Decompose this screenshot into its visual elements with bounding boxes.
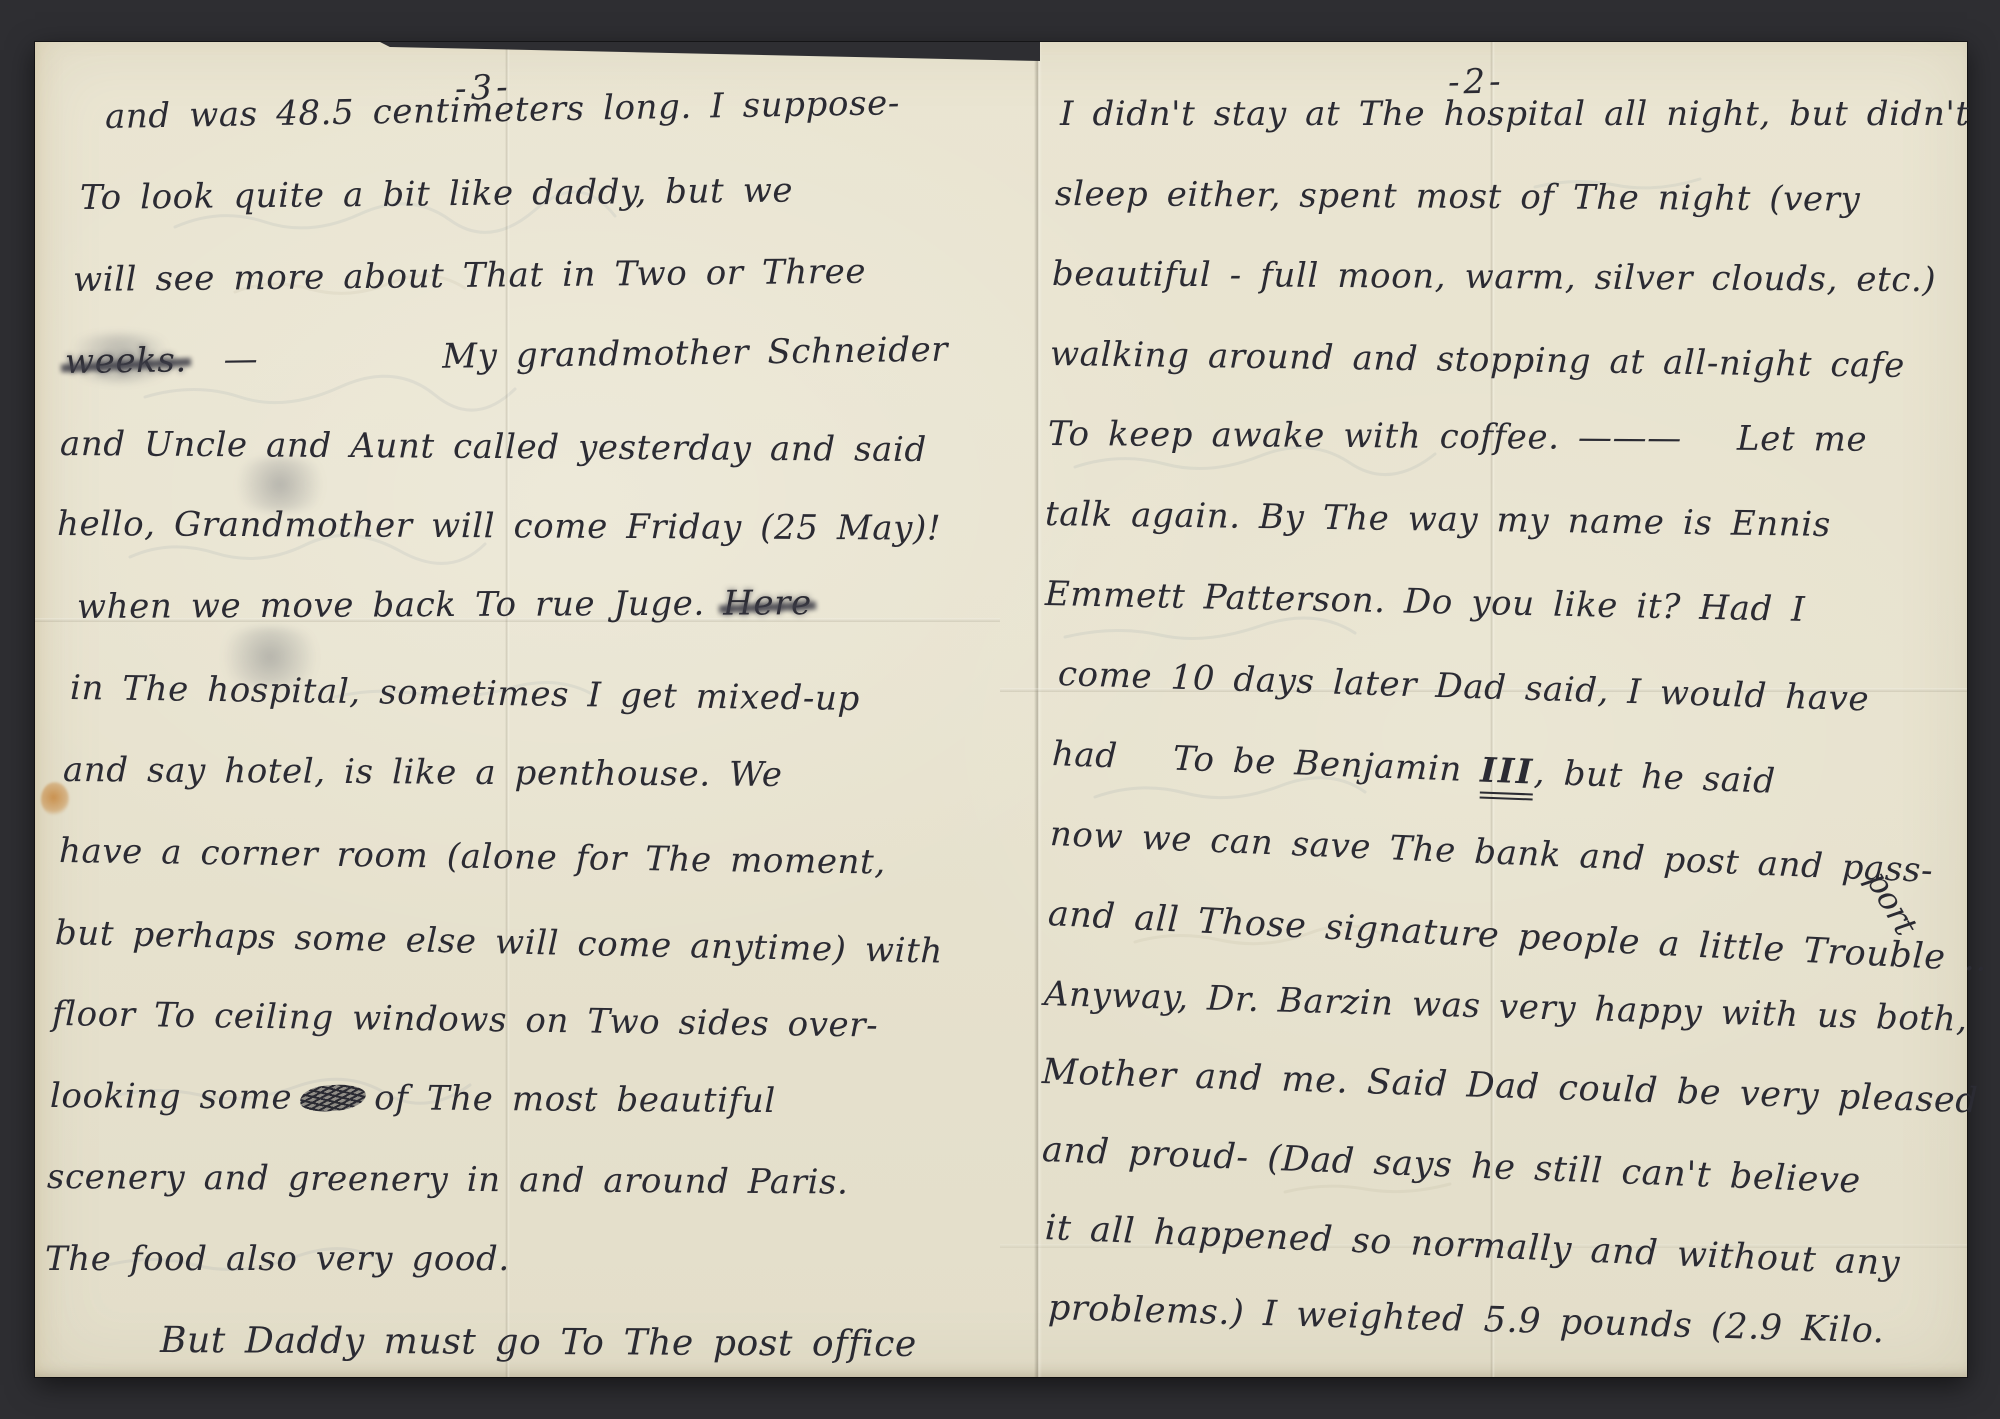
handwritten-line: walking around and stopping at all-night…	[1050, 334, 1905, 386]
handwritten-text: have a corner room (alone for The moment…	[59, 831, 886, 883]
handwritten-text: and say hotel, is like a penthouse. We	[63, 750, 783, 795]
handwritten-line: and proud- (Dad says he still can't beli…	[1041, 1130, 1861, 1201]
handwritten-line: and say hotel, is like a penthouse. We	[63, 750, 783, 795]
handwritten-line: and all Those signature people a little …	[1047, 894, 1989, 980]
handwritten-text: will see more about That in Two or Three	[73, 252, 867, 300]
handwritten-text: and proud- (Dad says he still can't beli…	[1041, 1130, 1861, 1201]
handwritten-line: beautiful - full moon, warm, silver clou…	[1052, 254, 1937, 300]
handwritten-line: I didn't stay at The hospital all night,…	[1060, 94, 1970, 134]
struck-out-word: weeks.	[65, 340, 187, 382]
handwritten-text: Anyway, Dr. Barzin was very happy with u…	[1043, 974, 1968, 1040]
handwritten-text: it all happened so normally and without …	[1044, 1208, 1901, 1284]
handwritten-text: , but he said	[1533, 753, 1776, 802]
handwritten-text: of The most beautiful	[374, 1078, 776, 1121]
handwritten-text: walking around and stopping at all-night…	[1050, 334, 1905, 386]
handwritten-text: beautiful - full moon, warm, silver clou…	[1052, 254, 1937, 300]
handwritten-text: had To be Benjamin	[1051, 734, 1481, 790]
handwritten-text: now we can save The bank and post and pa…	[1049, 814, 1934, 891]
handwritten-text: and Uncle and Aunt called yesterday and …	[60, 424, 927, 470]
handwritten-line: looking someof The most beautiful	[50, 1076, 776, 1121]
handwritten-line: Mother and me. Said Dad could be very pl…	[1041, 1052, 1979, 1121]
handwritten-text: come 10 days later Dad said, I would hav…	[1057, 654, 1869, 719]
handwritten-line: The food also very good.	[45, 1239, 510, 1279]
letter-page-2: -2- port I didn't stay at The hospital a…	[1000, 42, 1967, 1377]
handwritten-line: To look quite a bit like daddy, but we	[80, 171, 794, 218]
handwritten-text: in The hospital, sometimes I get mixed-u…	[70, 668, 860, 719]
handwritten-text: scenery and greenery in and around Paris…	[47, 1157, 849, 1203]
handwritten-line: sleep either, spent most of The night (v…	[1055, 174, 1861, 220]
handwritten-line: have a corner room (alone for The moment…	[59, 831, 886, 883]
letter-page-3: -3- and was 48.5 centimeters long. I sup…	[35, 42, 1000, 1377]
handwritten-text: and was 48.5 centimeters long. I suppose…	[105, 83, 901, 137]
handwritten-line: when we move back To rue Juge. Here	[77, 583, 812, 627]
handwritten-line: hello, Grandmother will come Friday (25 …	[57, 504, 941, 549]
handwritten-text: and all Those signature people a little …	[1047, 894, 1989, 980]
handwritten-line: will see more about That in Two or Three	[73, 252, 867, 300]
handwritten-line: and Uncle and Aunt called yesterday and …	[60, 424, 927, 470]
handwritten-text: but perhaps some else will come anytime)…	[55, 913, 944, 972]
handwritten-line: problems.) I weighted 5.9 pounds (2.9 Ki…	[1047, 1288, 1885, 1351]
handwritten-line: To keep awake with coffee. ——— Let me	[1048, 414, 1867, 460]
handwritten-text: problems.) I weighted 5.9 pounds (2.9 Ki…	[1047, 1288, 1885, 1351]
handwritten-text: Emmett Patterson. Do you like it? Had I	[1045, 574, 1806, 630]
handwritten-line: weeks. — My grandmother Schneider	[65, 330, 949, 382]
handwritten-line: talk again. By The way my name is Ennis	[1045, 494, 1831, 545]
scribbled-out-word	[299, 1082, 367, 1113]
handwritten-text: talk again. By The way my name is Ennis	[1045, 494, 1831, 545]
handwritten-line: Anyway, Dr. Barzin was very happy with u…	[1043, 974, 1968, 1040]
handwritten-text: The food also very good.	[45, 1239, 510, 1279]
handwritten-text: looking some	[50, 1076, 293, 1118]
handwritten-text: when we move back To rue Juge.	[77, 584, 723, 627]
handwritten-text: To keep awake with coffee. ——— Let me	[1048, 414, 1867, 460]
struck-out-word: Here	[723, 583, 812, 623]
handwritten-line: in The hospital, sometimes I get mixed-u…	[70, 668, 860, 719]
handwritten-text: hello, Grandmother will come Friday (25 …	[57, 504, 941, 549]
handwritten-line: scenery and greenery in and around Paris…	[47, 1157, 849, 1203]
handwritten-line: floor To ceiling windows on Two sides ov…	[52, 994, 879, 1046]
handwritten-text: — My grandmother Schneider	[187, 330, 949, 381]
letter-scan: -3- and was 48.5 centimeters long. I sup…	[0, 0, 2000, 1419]
handwritten-text: floor To ceiling windows on Two sides ov…	[52, 994, 879, 1046]
handwritten-line: But Daddy must go To The post office	[160, 1320, 917, 1365]
handwritten-text: Mother and me. Said Dad could be very pl…	[1041, 1052, 1979, 1121]
handwritten-text: To look quite a bit like daddy, but we	[80, 171, 794, 218]
handwritten-line: and was 48.5 centimeters long. I suppose…	[105, 83, 901, 137]
underlined-numeral: III	[1479, 750, 1535, 800]
handwritten-text: But Daddy must go To The post office	[160, 1320, 917, 1365]
handwritten-text: sleep either, spent most of The night (v…	[1055, 174, 1861, 220]
handwritten-line: Emmett Patterson. Do you like it? Had I	[1045, 574, 1806, 630]
letter-paper: -3- and was 48.5 centimeters long. I sup…	[35, 42, 1967, 1377]
handwritten-text: I didn't stay at The hospital all night,…	[1060, 94, 1970, 134]
handwritten-line: but perhaps some else will come anytime)…	[55, 913, 944, 972]
handwritten-line: had To be Benjamin III, but he said	[1051, 734, 1776, 802]
handwritten-line: now we can save The bank and post and pa…	[1049, 814, 1934, 891]
handwritten-line: come 10 days later Dad said, I would hav…	[1057, 654, 1869, 719]
handwritten-line: it all happened so normally and without …	[1044, 1208, 1901, 1284]
